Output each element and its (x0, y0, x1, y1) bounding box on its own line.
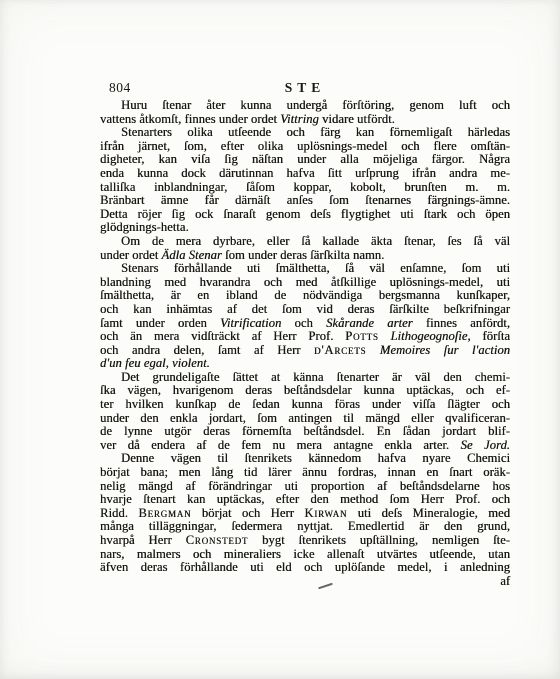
text-column: 804 STE Huru ſtenar åter kunna undergå f… (100, 80, 510, 588)
text-segment: Stenarters olika utſeende och färg kan f… (121, 125, 510, 139)
text-line: ſka vägen, hvarigenom deras beſtåndsdela… (100, 384, 510, 398)
text-line: Stenars förhållande uti ſmälthetta, ſå v… (100, 262, 510, 276)
text-line: d'un feu egal, violent. (100, 357, 510, 371)
text-line: och kan inhämtas af det ſom vid deras ſä… (100, 303, 510, 317)
text-segment: nelig mängd af förändringar uti proporti… (100, 479, 510, 493)
paragraph: Det grundeligaſte ſättet at känna ſtenar… (100, 371, 510, 453)
text-segment: Huru ſtenar åter kunna undergå förſtörin… (121, 98, 510, 112)
text-segment: och (281, 316, 326, 330)
text-segment: många tilläggningar, ſedermera nyttjat. … (100, 519, 510, 533)
text-line: nars, malmers och mineraliers icke allen… (100, 548, 510, 562)
text-line: hvarpå Herr Cronstedt bygt ſtenrikets up… (100, 534, 510, 548)
text-segment: hvarje ſtenart kan uptäckas, efter den m… (100, 492, 510, 506)
text-segment: glödgnings-hetta. (100, 220, 189, 234)
text-segment: talliſka inblandningar, ſåſom koppar, ko… (100, 180, 510, 194)
text-line: nelig mängd af förändringar uti proporti… (100, 480, 510, 494)
paragraph: Denne vägen til ſtenrikets kännedom hafv… (100, 452, 510, 574)
text-segment: Detta röjer ſig ock ſnaraſt genom deſs f… (100, 207, 510, 221)
text-segment (366, 343, 380, 357)
text-segment: Bränbart ämne får därnäſt anſes ſom ſten… (100, 193, 510, 207)
text-line: Denne vägen til ſtenrikets kännedom hafv… (100, 452, 510, 466)
text-segment: under den enkla jordart, ſom antingen ti… (100, 411, 510, 425)
catchword: af (100, 575, 510, 589)
text-segment: ver då endera af de fem nu mera antagne … (100, 438, 461, 452)
text-segment: digheter, kan viſa ſig näſtan under alla… (100, 152, 510, 166)
text-line: Detta röjer ſig ock ſnaraſt genom deſs f… (100, 208, 510, 222)
text-line: ſmälthetta, är en ibland de nödvändiga b… (100, 289, 510, 303)
text-line: ter hvilken kunſkap de ſedan kunna föras… (100, 398, 510, 412)
text-line: Det grundeligaſte ſättet at känna ſtenar… (100, 371, 510, 385)
text-line: hvarje ſtenart kan uptäckas, efter den m… (100, 493, 510, 507)
text-line: många tilläggningar, ſedermera nyttjat. … (100, 520, 510, 534)
text-line: ſamt under orden Vitrification och Skåra… (100, 317, 510, 331)
text-line: glödgnings-hetta. (100, 221, 510, 235)
text-segment: blandning med hvarandra och med åtſkilli… (100, 275, 510, 289)
text-segment: Det grundeligaſte ſättet at känna ſtenar… (121, 370, 510, 384)
text-segment: hvarpå Herr (100, 533, 186, 547)
text-line: Om de mera dyrbare, eller ſå kallade äkt… (100, 235, 510, 249)
scanned-page: 804 STE Huru ſtenar åter kunna undergå f… (0, 0, 560, 679)
text-segment: Potts (345, 329, 379, 343)
text-segment: och andra delen, ſamt af Herr (100, 343, 314, 357)
text-line: Ridd. Bergman börjat och Herr Kirwan uti… (100, 507, 510, 521)
text-segment: Se Jord. (461, 438, 510, 452)
text-line: blandning med hvarandra och med åtſkilli… (100, 276, 510, 290)
text-segment: Cronstedt (186, 533, 249, 547)
text-line: ifrån järnet, ſom, efter olika uplösning… (100, 140, 510, 154)
text-segment: börjat och Herr (191, 506, 304, 520)
text-segment: enda kunna dock därutinnan hafva ſitt ur… (100, 166, 510, 180)
text-segment: Vitrification (220, 316, 281, 330)
text-segment: ſom under deras ſärſkilta namn. (222, 248, 384, 262)
text-segment: Memoires ſur l'action (380, 343, 510, 357)
text-line: de lynne utgör deras förnemſta beſtåndsd… (100, 425, 510, 439)
text-segment: Lithogeognoſie (390, 329, 467, 343)
text-line: ver då endera af de fem nu mera antagne … (100, 439, 510, 453)
text-segment: Stenars förhållande uti ſmälthetta, ſå v… (121, 261, 510, 275)
text-segment: vattens åtkomſt, finnes under ordet (100, 112, 280, 126)
running-header: STE (100, 80, 510, 96)
text-segment: Bergman (138, 506, 191, 520)
text-line: under den enkla jordart, ſom antingen ti… (100, 412, 510, 426)
text-line: börjat bana; men lång tid lärer ännu for… (100, 466, 510, 480)
page-header-row: 804 STE (100, 80, 510, 97)
text-segment: Vittring (280, 112, 319, 126)
text-segment: uti deſs Mineralogie, med (347, 506, 510, 520)
text-line: vattens åtkomſt, finnes under ordet Vitt… (100, 113, 510, 127)
text-segment: Ridd. (100, 506, 138, 520)
paragraph: Om de mera dyrbare, eller ſå kallade äkt… (100, 235, 510, 262)
body-text: Huru ſtenar åter kunna undergå förſtörin… (100, 99, 510, 575)
text-line: under ordet Ädla Stenar ſom under deras … (100, 249, 510, 263)
text-line: Huru ſtenar åter kunna undergå förſtörin… (100, 99, 510, 113)
text-segment (379, 329, 391, 343)
text-segment: och än mera vidſträckt af Herr Prof. (100, 329, 345, 343)
text-segment: de lynne utgör deras förnemſta beſtåndsd… (100, 424, 510, 438)
text-line: Bränbart ämne får därnäſt anſes ſom ſten… (100, 194, 510, 208)
paragraph: Stenarters olika utſeende och färg kan f… (100, 126, 510, 235)
text-line: och än mera vidſträckt af Herr Prof. Pot… (100, 330, 510, 344)
paragraph: Stenars förhållande uti ſmälthetta, ſå v… (100, 262, 510, 371)
text-segment: äfven deras förhållande uti eld och uplö… (100, 560, 510, 574)
text-segment: under ordet (100, 248, 161, 262)
paragraph: Huru ſtenar åter kunna undergå förſtörin… (100, 99, 510, 126)
text-segment: ifrån järnet, ſom, efter olika uplösning… (100, 139, 510, 153)
text-line: enda kunna dock därutinnan hafva ſitt ur… (100, 167, 510, 181)
text-line: Stenarters olika utſeende och färg kan f… (100, 126, 510, 140)
text-segment: Kirwan (304, 506, 347, 520)
text-line: äfven deras förhållande uti eld och uplö… (100, 561, 510, 575)
text-segment: ſmälthetta, är en ibland de nödvändiga b… (100, 288, 510, 302)
text-segment: ſamt under orden (100, 316, 220, 330)
text-segment: finnes anfördt, (413, 316, 510, 330)
text-line: talliſka inblandningar, ſåſom koppar, ko… (100, 181, 510, 195)
text-segment: d'Arcets (314, 343, 366, 357)
text-segment: bygt ſtenrikets upſtällning, nemligen ſt… (248, 533, 510, 547)
text-line: och andra delen, ſamt af Herr d'Arcets M… (100, 344, 510, 358)
text-segment: ter hvilken kunſkap de ſedan kunna föras… (100, 397, 510, 411)
text-segment: börjat bana; men lång tid lärer ännu for… (100, 465, 510, 479)
text-segment: , förſta (467, 329, 510, 343)
text-segment: vidare utfördt. (319, 112, 395, 126)
text-segment: Om de mera dyrbare, eller ſå kallade äkt… (121, 234, 510, 248)
text-segment: d'un feu egal, violent. (100, 356, 210, 370)
text-segment: nars, malmers och mineraliers icke allen… (100, 547, 510, 561)
text-segment: Skårande arter (326, 316, 413, 330)
text-line: digheter, kan viſa ſig näſtan under alla… (100, 153, 510, 167)
text-segment: Denne vägen til ſtenrikets kännedom hafv… (121, 451, 510, 465)
text-segment: Ädla Stenar (161, 248, 221, 262)
text-segment: och kan inhämtas af det ſom vid deras ſä… (100, 302, 510, 316)
text-segment: ſka vägen, hvarigenom deras beſtåndsdela… (100, 383, 510, 397)
